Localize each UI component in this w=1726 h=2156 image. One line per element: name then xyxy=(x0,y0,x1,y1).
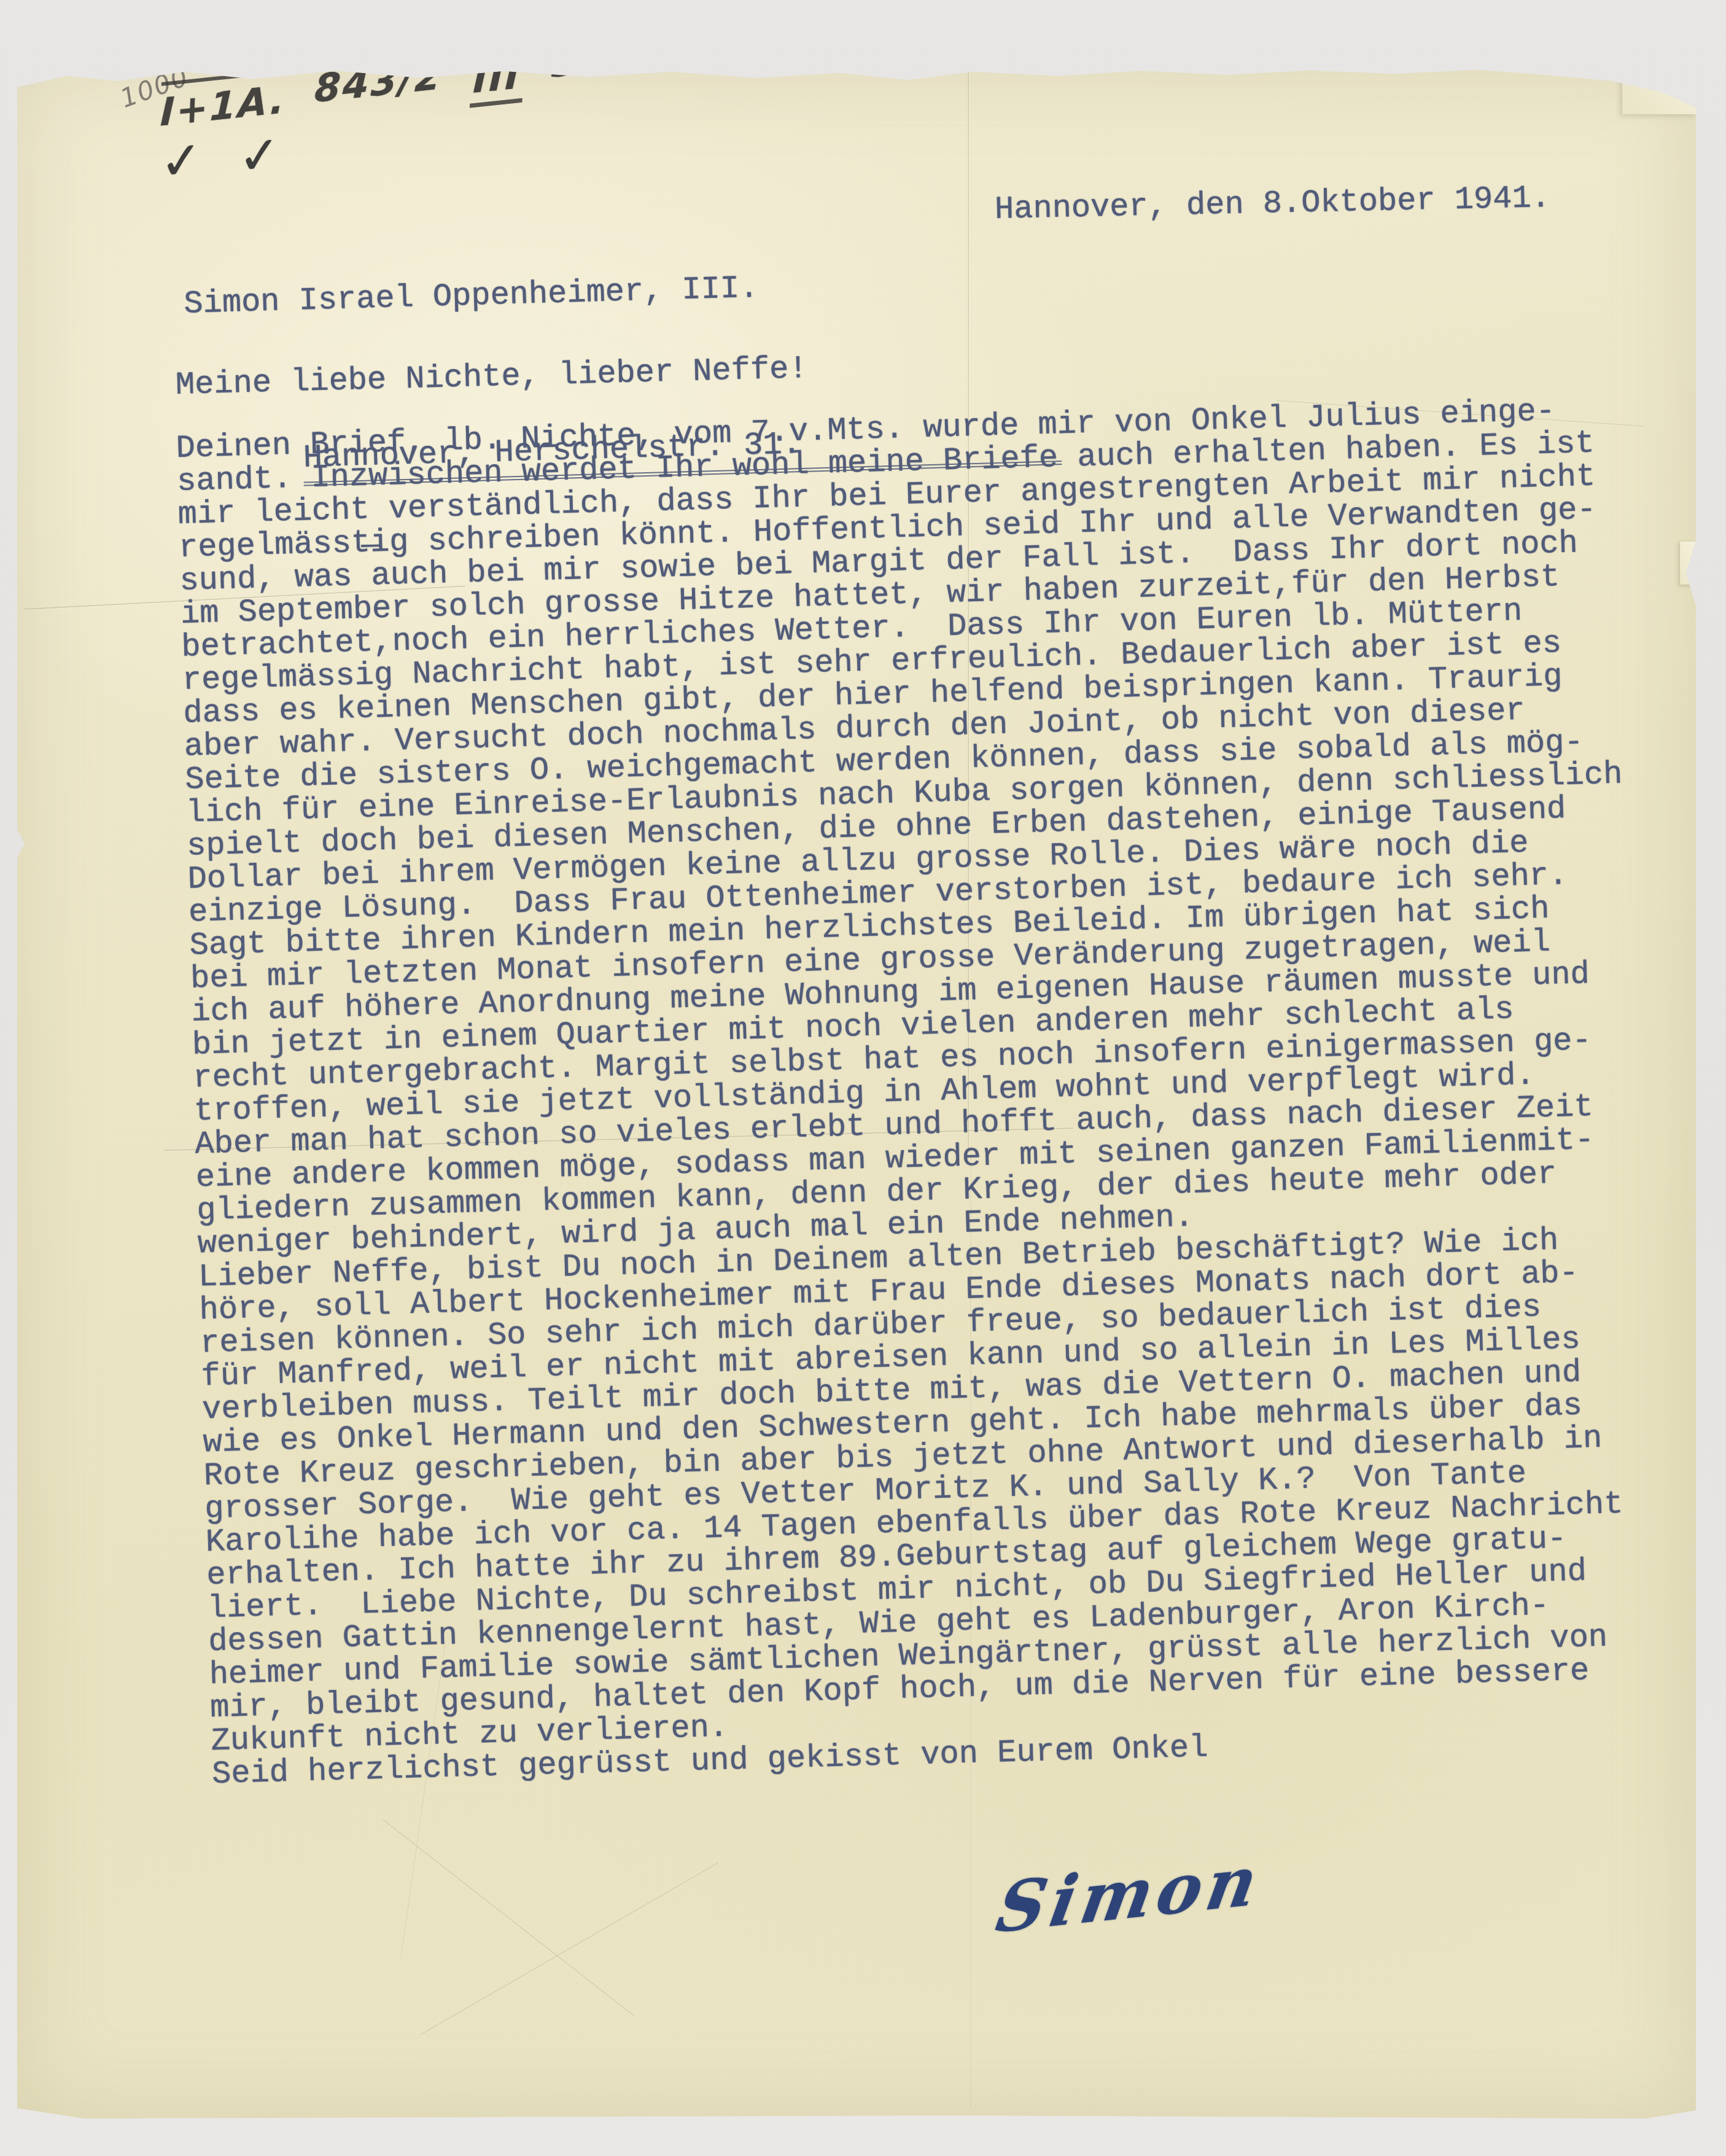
folded-corner-top-right xyxy=(1622,69,1696,114)
annotation-code-fraction: 843/2 xyxy=(314,53,444,112)
archival-annotation: I+1A. 843/2 III 3512 xyxy=(160,29,666,141)
wrinkle-bottom-1 xyxy=(382,1819,635,2017)
signature: Simon xyxy=(991,1840,1269,1948)
letter-body: Deinen Brief, lb. Nichte, vom 7.v.Mts. w… xyxy=(176,391,1726,1791)
wrinkle-bottom-2 xyxy=(421,1862,720,2036)
checkmarks: ✓ ✓ xyxy=(158,123,292,193)
dateline: Hannover, den 8.Oktober 1941. xyxy=(994,180,1550,228)
sender-name-line: Simon Israel Oppenheimer, III. xyxy=(184,260,1057,324)
annotation-code-roman: III xyxy=(470,44,524,108)
scanned-letter-page: { "document": { "archival_marks": { "pen… xyxy=(0,0,1726,2156)
letter-paper: 1000 I+1A. 843/2 III 3512 ✓ ✓ Hannover, … xyxy=(17,69,1696,2119)
annotation-code-number: 3512 xyxy=(551,29,665,87)
